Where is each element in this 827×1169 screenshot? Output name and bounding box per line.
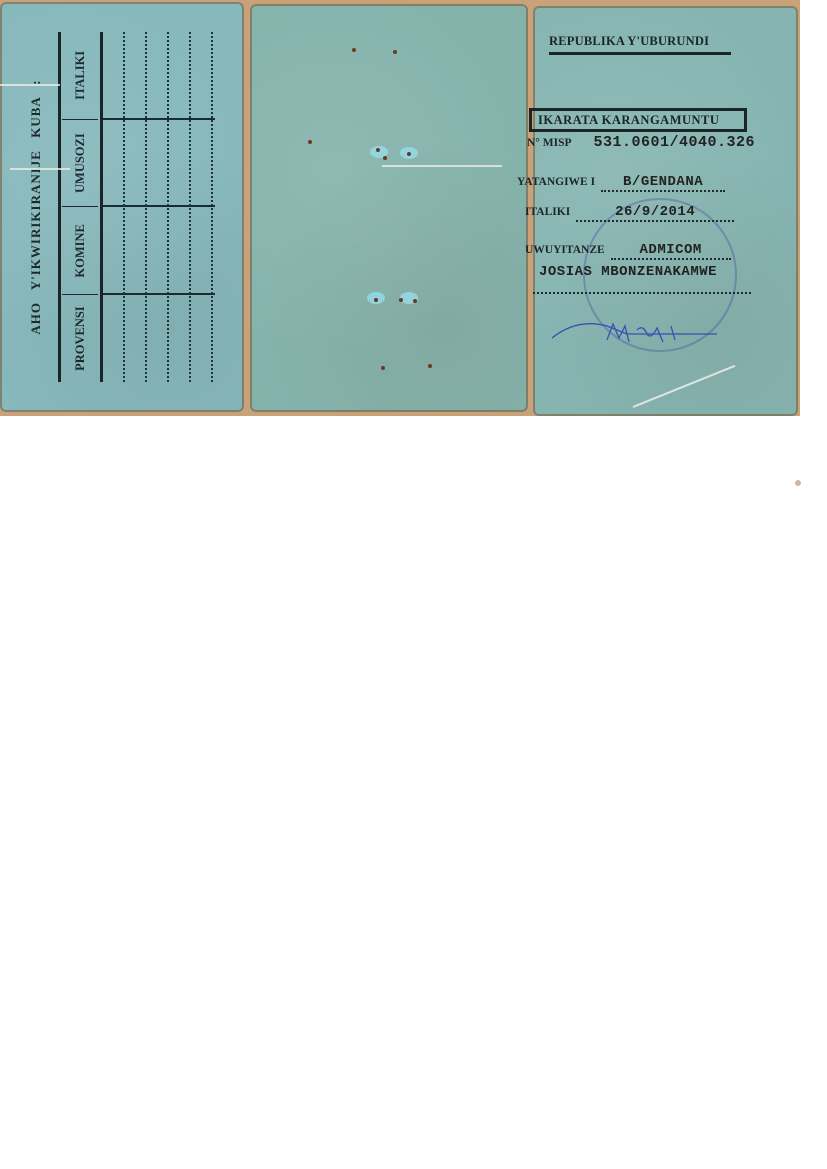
column-komine: KOMINE xyxy=(62,208,98,296)
left-panel-residence-table: AHO Y'IKWIRIKIRANIJE KUBA : PROVENSI KOM… xyxy=(0,2,244,412)
field-label: UWUYITANZE xyxy=(525,244,605,256)
field-label: ITALIKI xyxy=(525,206,570,218)
table-row xyxy=(145,32,147,382)
crease-mark xyxy=(382,165,502,167)
column-italiki: ITALIKI xyxy=(62,32,98,120)
field-issued-at: YATANGIWE I B/GENDANA xyxy=(533,174,725,192)
table-row xyxy=(167,32,169,382)
field-issuer-name: JOSIAS MBONZENAKAMWE xyxy=(533,264,717,280)
field-value: 531.0601/4040.326 xyxy=(594,134,756,151)
column-umusozi: UMUSOZI xyxy=(62,120,98,208)
field-issuer: UWUYITANZE ADMICOM xyxy=(533,242,731,260)
column-divider xyxy=(103,119,215,121)
signature-icon xyxy=(547,316,727,346)
staple-hole xyxy=(381,366,385,370)
field-date: ITALIKI 26/9/2014 xyxy=(533,204,734,222)
table-header: PROVENSI KOMINE UMUSOZI ITALIKI xyxy=(62,32,98,382)
right-panel-identity: REPUBLIKA Y'UBURUNDI IKARATA KARANGAMUNT… xyxy=(533,6,798,416)
field-value: 26/9/2014 xyxy=(615,204,695,220)
field-value: JOSIAS MBONZENAKAMWE xyxy=(539,264,717,280)
table-body xyxy=(103,32,215,382)
residence-title: AHO Y'IKWIRIKIRANIJE KUBA : xyxy=(28,22,44,392)
header-underline xyxy=(549,52,731,55)
field-misp: N° MISP 531.0601/4040.326 xyxy=(533,134,755,151)
staple-hole xyxy=(308,140,312,144)
crease-mark xyxy=(10,168,70,170)
table-row xyxy=(123,32,125,382)
field-value: B/GENDANA xyxy=(623,174,703,190)
staple-hole xyxy=(407,152,411,156)
staple-hole xyxy=(399,298,403,302)
staple-hole xyxy=(374,298,378,302)
column-provensi: PROVENSI xyxy=(62,295,98,382)
dotted-rule xyxy=(533,292,751,294)
field-value: ADMICOM xyxy=(640,242,702,258)
field-label: N° MISP xyxy=(527,137,572,149)
republic-header: REPUBLIKA Y'UBURUNDI xyxy=(549,34,709,49)
column-divider xyxy=(103,294,215,296)
field-label: YATANGIWE I xyxy=(517,176,595,188)
scan-artifact xyxy=(795,480,801,486)
staple-hole xyxy=(352,48,356,52)
dotted-fill: B/GENDANA xyxy=(601,174,725,192)
column-divider xyxy=(103,206,215,208)
staple-hole xyxy=(393,50,397,54)
scanned-card: AHO Y'IKWIRIKIRANIJE KUBA : PROVENSI KOM… xyxy=(0,0,800,416)
card-title-box: IKARATA KARANGAMUNTU xyxy=(529,108,747,132)
middle-panel-cover xyxy=(250,4,528,412)
staple-hole xyxy=(383,156,387,160)
staple-hole xyxy=(413,299,417,303)
table-row xyxy=(211,32,213,382)
crease-mark xyxy=(0,84,60,86)
rotated-table: AHO Y'IKWIRIKIRANIJE KUBA : PROVENSI KOM… xyxy=(22,22,222,392)
staple-hole xyxy=(376,148,380,152)
crease-mark xyxy=(633,365,736,408)
staple-hole xyxy=(428,364,432,368)
dotted-fill: ADMICOM xyxy=(611,242,731,260)
dotted-fill: 26/9/2014 xyxy=(576,204,734,222)
table-row xyxy=(189,32,191,382)
